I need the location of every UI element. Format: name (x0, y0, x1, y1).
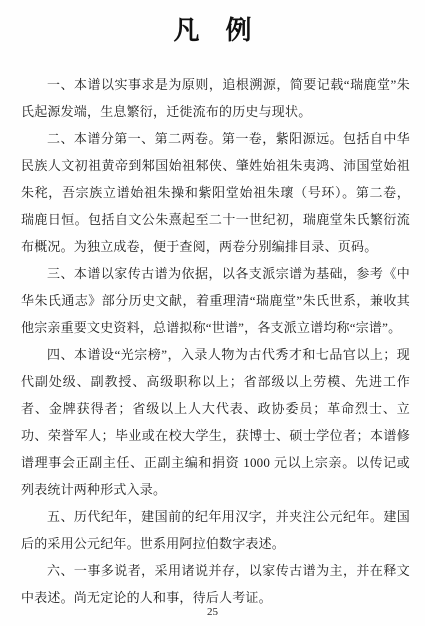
paragraph-3: 三、本谱以家传古谱为依据，以各支派宗谱为基础，参考《中华朱氏通志》部分历史文献，… (21, 260, 410, 341)
paragraph-4: 四、本谱设“光宗榜”，入录人物为古代秀才和七品官以上；现代副处级、副教授、高级职… (21, 341, 410, 503)
paragraph-1: 一、本谱以实事求是为原则，追根溯源，简要记载“瑞鹿堂”朱氏起源发端，生息繁衍，迁… (21, 71, 410, 125)
paragraph-6: 六、一事多说者，采用诸说并存，以家传古谱为主，并在释文中表述。尚无定论的人和事，… (21, 557, 410, 611)
document-page: 凡 例 一、本谱以实事求是为原则，追根溯源，简要记载“瑞鹿堂”朱氏起源发端，生息… (0, 0, 425, 626)
page-number: 25 (0, 606, 425, 618)
page-title: 凡 例 (0, 0, 425, 46)
paragraph-2: 二、本谱分第一、第二两卷。第一卷，紫阳源远。包括自中华民族人文初祖黄帝到邾国始祖… (21, 125, 410, 260)
body-content: 一、本谱以实事求是为原则，追根溯源，简要记载“瑞鹿堂”朱氏起源发端，生息繁衍，迁… (0, 46, 425, 611)
paragraph-5: 五、历代纪年，建国前的纪年用汉字，并夹注公元纪年。建国后的采用公元纪年。世系用阿… (21, 503, 410, 557)
